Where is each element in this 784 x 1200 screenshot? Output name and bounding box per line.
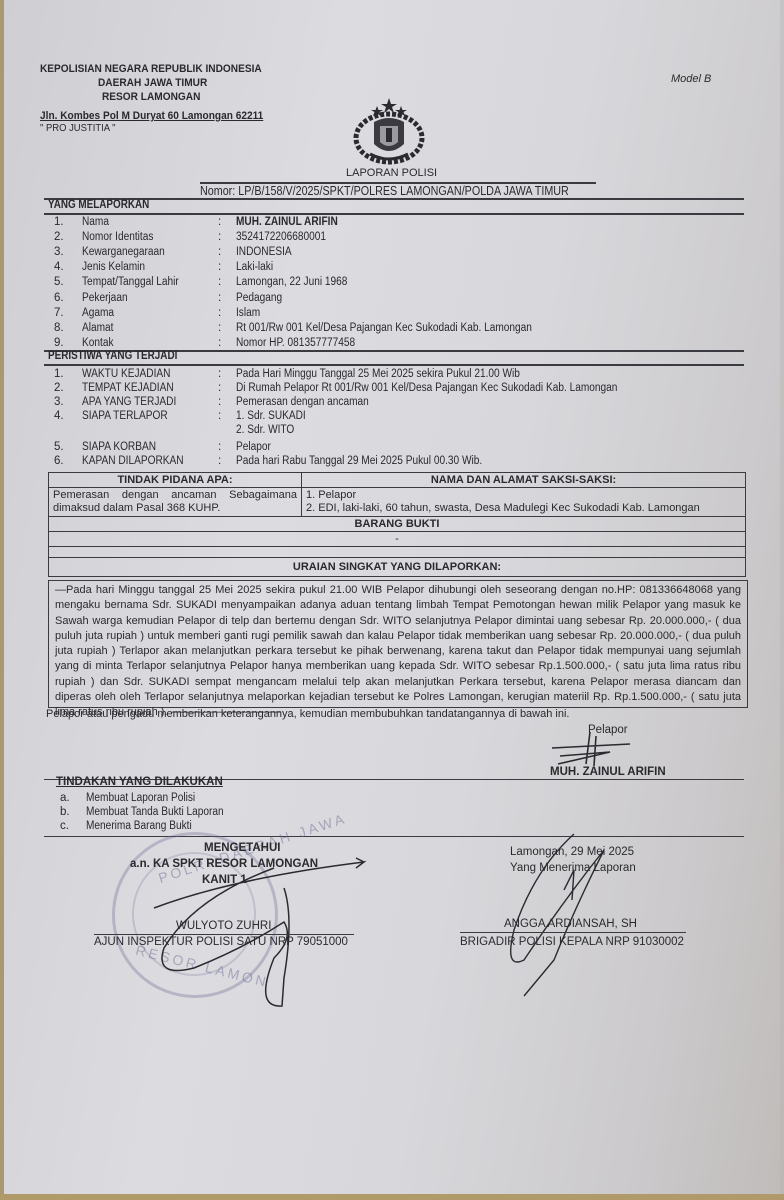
header-line-1: KEPOLISIAN NEGARA REPUBLIK INDONESIA bbox=[40, 62, 262, 76]
saksi-item: 2. EDI, laki-laki, 60 tahun, swasta, Des… bbox=[306, 502, 741, 515]
tindak-pidana-value: Pemerasan dengan ancaman Sebagaimana dim… bbox=[49, 488, 302, 517]
row-label: WAKTU KEJADIAN bbox=[82, 368, 170, 380]
incident-row: 3.APA YANG TERJADI:Pemerasan dengan anca… bbox=[54, 396, 744, 408]
police-report-document: KEPOLISIAN NEGARA REPUBLIK INDONESIA DAE… bbox=[4, 0, 780, 1196]
section-peristiwa: PERISTIWA YANG TERJADI bbox=[48, 350, 177, 362]
model-label: Model B bbox=[671, 73, 711, 85]
tindakan-item: b.Membuat Tanda Bukti Laporan bbox=[60, 806, 360, 818]
row-number: 2. bbox=[54, 382, 64, 394]
row-label: Nomor Identitas bbox=[82, 231, 153, 243]
row-label: Jenis Kelamin bbox=[82, 261, 145, 273]
row-colon: : bbox=[218, 322, 221, 334]
saksi-header: NAMA DAN ALAMAT SAKSI-SAKSI: bbox=[302, 473, 746, 488]
statement-text: Pelapor atau pengadu memberikan keterang… bbox=[46, 708, 569, 720]
uraian-header: URAIAN SINGKAT YANG DILAPORKAN: bbox=[49, 558, 746, 577]
row-colon: : bbox=[218, 337, 221, 349]
reporter-row: 7.Agama:Islam bbox=[54, 307, 744, 319]
pro-justitia: " PRO JUSTITIA " bbox=[40, 122, 116, 134]
incident-row: 2.TEMPAT KEJADIAN:Di Rumah Pelapor Rt 00… bbox=[54, 382, 744, 394]
reporter-row: 4.Jenis Kelamin:Laki-laki bbox=[54, 261, 744, 273]
row-number: 7. bbox=[54, 307, 64, 319]
row-number: 2. bbox=[54, 231, 64, 243]
row-value: Pemerasan dengan ancaman bbox=[236, 396, 369, 408]
row-colon: : bbox=[218, 231, 221, 243]
row-label: KAPAN DILAPORKAN bbox=[82, 455, 184, 467]
row-value-2: 2. Sdr. WITO bbox=[236, 424, 294, 436]
row-colon: : bbox=[218, 368, 221, 380]
reporter-row: 8.Alamat:Rt 001/Rw 001 Kel/Desa Pajangan… bbox=[54, 322, 744, 334]
row-colon: : bbox=[218, 246, 221, 258]
row-number: 8. bbox=[54, 322, 64, 334]
uraian-paragraph: —Pada hari Minggu tanggal 25 Mei 2025 se… bbox=[48, 580, 748, 708]
row-colon: : bbox=[218, 410, 221, 422]
section-yang-melaporkan: YANG MELAPORKAN bbox=[48, 199, 149, 211]
header-line-3: RESOR LAMONGAN bbox=[102, 90, 200, 104]
document-title: LAPORAN POLISI bbox=[346, 167, 437, 179]
row-value: 1. Sdr. SUKADI bbox=[236, 410, 306, 422]
row-value: Nomor HP. 081357777458 bbox=[236, 337, 355, 349]
row-label: TEMPAT KEJADIAN bbox=[82, 382, 174, 394]
item-text: Menerima Barang Bukti bbox=[86, 820, 192, 832]
row-value: INDONESIA bbox=[236, 246, 292, 258]
row-number: 6. bbox=[54, 292, 64, 304]
pelapor-name: MUH. ZAINUL ARIFIN bbox=[550, 766, 666, 778]
row-value: Pelapor bbox=[236, 441, 271, 453]
row-value: Islam bbox=[236, 307, 260, 319]
row-label: SIAPA TERLAPOR bbox=[82, 410, 168, 422]
police-emblem-icon bbox=[350, 96, 428, 166]
row-label: Kewarganegaraan bbox=[82, 246, 165, 258]
tindakan-title: TINDAKAN YANG DILAKUKAN bbox=[56, 776, 223, 788]
row-value: Rt 001/Rw 001 Kel/Desa Pajangan Kec Suko… bbox=[236, 322, 532, 334]
row-colon: : bbox=[218, 261, 221, 273]
row-value: Pedagang bbox=[236, 292, 282, 304]
item-letter: c. bbox=[60, 820, 69, 832]
row-label: SIAPA KORBAN bbox=[82, 441, 156, 453]
row-colon: : bbox=[218, 441, 221, 453]
row-number: 5. bbox=[54, 441, 64, 453]
incident-row: 6.KAPAN DILAPORKAN:Pada hari Rabu Tangga… bbox=[54, 455, 744, 467]
receiver-rank: BRIGADIR POLISI KEPALA NRP 91030002 bbox=[460, 936, 684, 948]
tindak-pidana-header: TINDAK PIDANA APA: bbox=[49, 473, 302, 488]
pelapor-signature bbox=[550, 726, 640, 768]
crime-witness-table: TINDAK PIDANA APA: NAMA DAN ALAMAT SAKSI… bbox=[48, 472, 746, 577]
row-number: 6. bbox=[54, 455, 64, 467]
item-text: Membuat Tanda Bukti Laporan bbox=[86, 806, 224, 818]
mengetahui-label: MENGETAHUI bbox=[204, 842, 280, 854]
row-colon: : bbox=[218, 396, 221, 408]
row-colon: : bbox=[218, 216, 221, 228]
row-value: MUH. ZAINUL ARIFIN bbox=[236, 216, 338, 228]
reporter-row: 2.Nomor Identitas:3524172206680001 bbox=[54, 231, 744, 243]
kanit-rank: AJUN INSPEKTUR POLISI SATU NRP 79051000 bbox=[94, 936, 348, 948]
row-value: Lamongan, 22 Juni 1968 bbox=[236, 276, 347, 288]
header-line-2: DAERAH JAWA TIMUR bbox=[98, 76, 207, 90]
row-value: Pada Hari Minggu Tanggal 25 Mei 2025 sek… bbox=[236, 368, 520, 380]
incident-row: 1.WAKTU KEJADIAN:Pada Hari Minggu Tangga… bbox=[54, 368, 744, 380]
reporter-row: 5.Tempat/Tanggal Lahir:Lamongan, 22 Juni… bbox=[54, 276, 744, 288]
item-letter: b. bbox=[60, 806, 70, 818]
row-colon: : bbox=[218, 307, 221, 319]
tindakan-item: a.Membuat Laporan Polisi bbox=[60, 792, 360, 804]
item-text: Membuat Laporan Polisi bbox=[86, 792, 195, 804]
row-label: Alamat bbox=[82, 322, 114, 334]
reporter-row: 1.Nama:MUH. ZAINUL ARIFIN bbox=[54, 216, 744, 228]
row-number: 4. bbox=[54, 261, 64, 273]
row-label: Pekerjaan bbox=[82, 292, 128, 304]
reporter-row: 6.Pekerjaan:Pedagang bbox=[54, 292, 744, 304]
row-label: Nama bbox=[82, 216, 109, 228]
saksi-item: 1. Pelapor bbox=[306, 489, 741, 502]
paper-edge-bottom bbox=[0, 1194, 784, 1200]
row-label: Agama bbox=[82, 307, 114, 319]
incident-row: 4.SIAPA TERLAPOR:1. Sdr. SUKADI2. Sdr. W… bbox=[54, 410, 744, 422]
row-number: 9. bbox=[54, 337, 64, 349]
reporter-row: 3.Kewarganegaraan:INDONESIA bbox=[54, 246, 744, 258]
row-colon: : bbox=[218, 455, 221, 467]
row-number: 3. bbox=[54, 396, 64, 408]
row-value: 3524172206680001 bbox=[236, 231, 326, 243]
row-number: 4. bbox=[54, 410, 64, 422]
receiver-name: ANGGA ARDIANSAH, SH bbox=[504, 918, 637, 930]
item-letter: a. bbox=[60, 792, 70, 804]
incident-row: 5.SIAPA KORBAN:Pelapor bbox=[54, 441, 744, 453]
barang-bukti-header: BARANG BUKTI bbox=[49, 517, 746, 532]
row-number: 3. bbox=[54, 246, 64, 258]
row-colon: : bbox=[218, 276, 221, 288]
row-label: Kontak bbox=[82, 337, 114, 349]
row-number: 1. bbox=[54, 216, 64, 228]
row-colon: : bbox=[218, 292, 221, 304]
row-label: APA YANG TERJADI bbox=[82, 396, 176, 408]
row-value: Pada hari Rabu Tanggal 29 Mei 2025 Pukul… bbox=[236, 455, 482, 467]
row-value: Laki-laki bbox=[236, 261, 273, 273]
row-label: Tempat/Tanggal Lahir bbox=[82, 276, 179, 288]
report-number: Nomor: LP/B/158/V/2025/SPKT/POLRES LAMON… bbox=[200, 184, 569, 198]
row-number: 5. bbox=[54, 276, 64, 288]
row-number: 1. bbox=[54, 368, 64, 380]
header-address: Jln. Kombes Pol M Duryat 60 Lamongan 622… bbox=[40, 109, 263, 123]
row-colon: : bbox=[218, 382, 221, 394]
row-value: Di Rumah Pelapor Rt 001/Rw 001 Kel/Desa … bbox=[236, 382, 617, 394]
barang-bukti-value: - bbox=[49, 532, 746, 547]
kanit-name: WULYOTO ZUHRI bbox=[176, 920, 271, 932]
receiver-signature bbox=[494, 830, 634, 1000]
reporter-row: 9.Kontak:Nomor HP. 081357777458 bbox=[54, 337, 744, 349]
